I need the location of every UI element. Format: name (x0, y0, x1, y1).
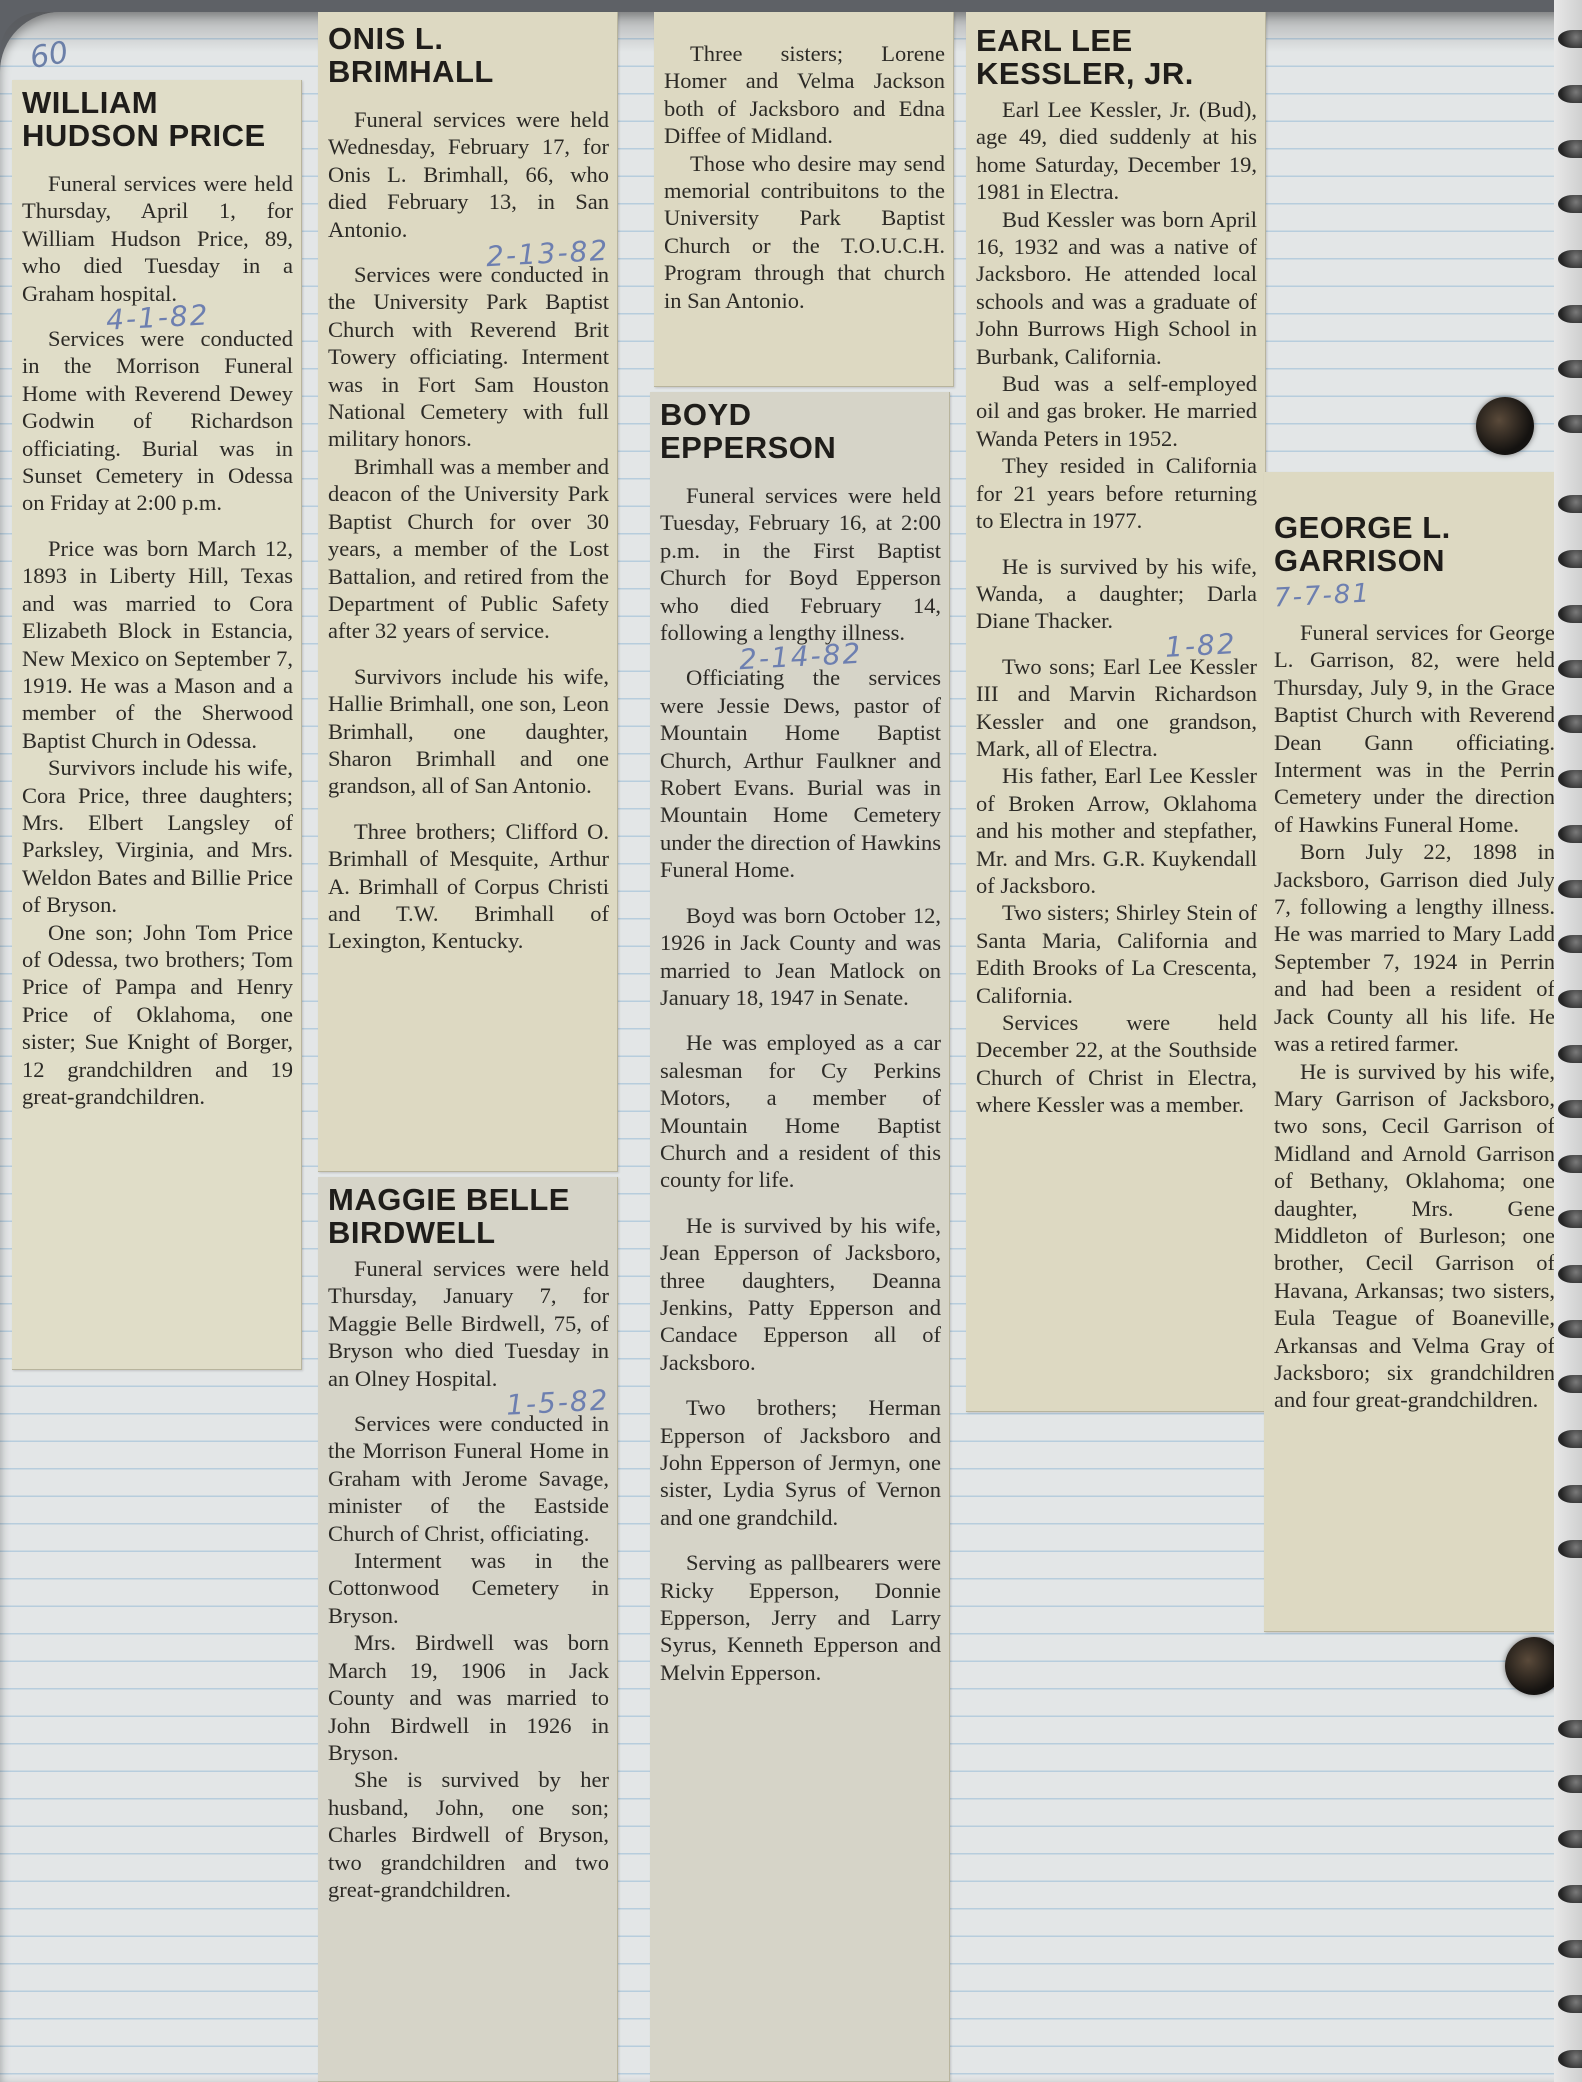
obituary-paragraph: Two sisters; Shirley Stein of Santa Mari… (976, 899, 1257, 1009)
obituary-paragraph: Services were conducted in the Morrison … (328, 1410, 609, 1547)
obituary-clipping-garrison: GEORGE L. GARRISON 7-7-81 Funeral servic… (1264, 472, 1564, 1632)
obituary-paragraph: Earl Lee Kessler, Jr. (Bud), age 49, die… (976, 96, 1257, 206)
spiral-ring-icon (1558, 1775, 1582, 1793)
spiral-ring-icon (1558, 1830, 1582, 1848)
spiral-ring-icon (1558, 1210, 1582, 1228)
obituary-headline: BOYD EPPERSON (660, 398, 941, 464)
spiral-ring-icon (1558, 1995, 1582, 2013)
spiral-ring-icon (1558, 250, 1582, 268)
spiral-ring-icon (1558, 1940, 1582, 1958)
spiral-ring-icon (1558, 1485, 1582, 1503)
spiral-ring-icon (1558, 1320, 1582, 1338)
spiral-ring-icon (1558, 935, 1582, 953)
obituary-paragraph: Serving as pallbearers were Ricky Eppers… (660, 1549, 941, 1686)
spiral-ring-icon (1558, 550, 1582, 568)
obituary-clipping-brimhall: ONIS L. BRIMHALL Funeral services were h… (318, 12, 618, 1172)
obituary-clipping-kessler: EARL LEE KESSLER, JR. Earl Lee Kessler, … (966, 12, 1266, 1412)
spiral-ring-icon (1558, 30, 1582, 48)
obituary-paragraph: Survivors include his wife, Cora Price, … (22, 754, 293, 918)
spiral-ring-icon (1558, 85, 1582, 103)
handwritten-date: 4-1-82 (105, 298, 210, 336)
spiral-ring-icon (1558, 715, 1582, 733)
spiral-ring-icon (1558, 1045, 1582, 1063)
obituary-paragraph: Officiating the services were Jessie Dew… (660, 664, 941, 883)
obituary-paragraph: She is survived by her husband, John, on… (328, 1766, 609, 1903)
obituary-paragraph: Three brothers; Clifford O. Brimhall of … (328, 818, 609, 955)
spiral-ring-icon (1558, 1720, 1582, 1738)
obituary-headline: EARL LEE KESSLER, JR. (976, 24, 1257, 90)
spiral-ring-icon (1558, 140, 1582, 158)
obituary-headline: MAGGIE BELLE BIRDWELL (328, 1183, 609, 1249)
spiral-ring-icon (1558, 2050, 1582, 2068)
spiral-ring-icon (1558, 1885, 1582, 1903)
obituary-paragraph: Services were conducted in the Morrison … (22, 325, 293, 517)
obituary-paragraph: Three sisters; Lorene Homer and Velma Ja… (664, 40, 945, 150)
obituary-paragraph: Funeral services were held Thursday, Jan… (328, 1255, 609, 1392)
scrapbook-page: 60 WILLIAM HUDSON PRICE Funeral services… (0, 12, 1582, 2082)
obituary-clipping-brimhall-continued: Three sisters; Lorene Homer and Velma Ja… (654, 12, 954, 387)
spiral-ring-icon (1558, 1100, 1582, 1118)
obituary-paragraph: They resided in California for 21 years … (976, 452, 1257, 534)
spiral-ring-icon (1558, 1540, 1582, 1558)
obituary-paragraph: Brimhall was a member and deacon of the … (328, 453, 609, 645)
obituary-paragraph: Mrs. Birdwell was born March 19, 1906 in… (328, 1629, 609, 1766)
obituary-paragraph: He was employed as a car salesman for Cy… (660, 1029, 941, 1193)
obituary-headline: ONIS L. BRIMHALL (328, 22, 609, 88)
spiral-ring-icon (1558, 360, 1582, 378)
obituary-paragraph: Funeral services were held Wednesday, Fe… (328, 106, 609, 243)
spiral-ring-icon (1558, 495, 1582, 513)
spiral-ring-icon (1558, 1430, 1582, 1448)
obituary-paragraph: Those who desire may send memorial contr… (664, 150, 945, 314)
obituary-paragraph: His father, Earl Lee Kessler of Broken A… (976, 762, 1257, 899)
binder-hole-icon (1476, 397, 1534, 455)
obituary-paragraph: Bud Kessler was born April 16, 1932 and … (976, 206, 1257, 370)
obituary-paragraph: Services were conducted in the Universit… (328, 261, 609, 453)
spiral-ring-icon (1558, 1265, 1582, 1283)
obituary-clipping-birdwell: MAGGIE BELLE BIRDWELL Funeral services w… (318, 1177, 618, 2082)
spiral-ring-icon (1558, 415, 1582, 433)
obituary-paragraph: Funeral services were held Tuesday, Febr… (660, 482, 941, 646)
obituary-paragraph: Two brothers; Herman Epperson of Jacksbo… (660, 1394, 941, 1531)
obituary-paragraph: He is survived by his wife, Wanda, a dau… (976, 553, 1257, 635)
spiral-ring-icon (1558, 195, 1582, 213)
obituary-paragraph: Funeral services were held Thursday, Apr… (22, 170, 293, 307)
spiral-ring-icon (1558, 305, 1582, 323)
obituary-headline: WILLIAM HUDSON PRICE (22, 86, 293, 152)
obituary-paragraph: Funeral services for George L. Garrison,… (1274, 619, 1555, 838)
page-number-annotation: 60 (27, 35, 71, 76)
obituary-paragraph: Bud was a self-employed oil and gas brok… (976, 370, 1257, 452)
obituary-paragraph: He is survived by his wife, Mary Garriso… (1274, 1058, 1555, 1414)
obituary-headline: GEORGE L. GARRISON 7-7-81 (1274, 478, 1555, 613)
spiral-ring-icon (1558, 990, 1582, 1008)
spiral-ring-icon (1558, 660, 1582, 678)
spiral-binding (1554, 0, 1582, 2082)
obituary-paragraph: Two sons; Earl Lee Kessler III and Marvi… (976, 653, 1257, 763)
spiral-ring-icon (1558, 825, 1582, 843)
handwritten-date: 1-82 (1165, 627, 1238, 664)
obituary-paragraph: Boyd was born October 12, 1926 in Jack C… (660, 902, 941, 1012)
handwritten-date: 7-7-81 (1273, 577, 1372, 615)
handwritten-date: 2-14-82 (738, 637, 863, 676)
spiral-ring-icon (1558, 880, 1582, 898)
obituary-paragraph: He is survived by his wife, Jean Epperso… (660, 1212, 941, 1376)
spiral-ring-icon (1558, 1375, 1582, 1393)
spiral-ring-icon (1558, 1155, 1582, 1173)
obituary-paragraph: Services were held December 22, at the S… (976, 1009, 1257, 1119)
handwritten-date: 1-5-82 (505, 1383, 610, 1421)
obituary-headline-text: GEORGE L. GARRISON (1274, 510, 1451, 578)
obituary-clipping-price: WILLIAM HUDSON PRICE Funeral services we… (12, 80, 302, 1370)
handwritten-date: 2-13-82 (485, 234, 610, 273)
obituary-paragraph: Interment was in the Cottonwood Cemetery… (328, 1547, 609, 1629)
obituary-paragraph: Survivors include his wife, Hallie Brimh… (328, 663, 609, 800)
obituary-paragraph: Born July 22, 1898 in Jacksboro, Garriso… (1274, 838, 1555, 1057)
obituary-clipping-epperson: BOYD EPPERSON Funeral services were held… (650, 392, 950, 2082)
obituary-paragraph: One son; John Tom Price of Odessa, two b… (22, 919, 293, 1111)
spiral-ring-icon (1558, 605, 1582, 623)
obituary-paragraph: Price was born March 12, 1893 in Liberty… (22, 535, 293, 754)
spiral-ring-icon (1558, 770, 1582, 788)
